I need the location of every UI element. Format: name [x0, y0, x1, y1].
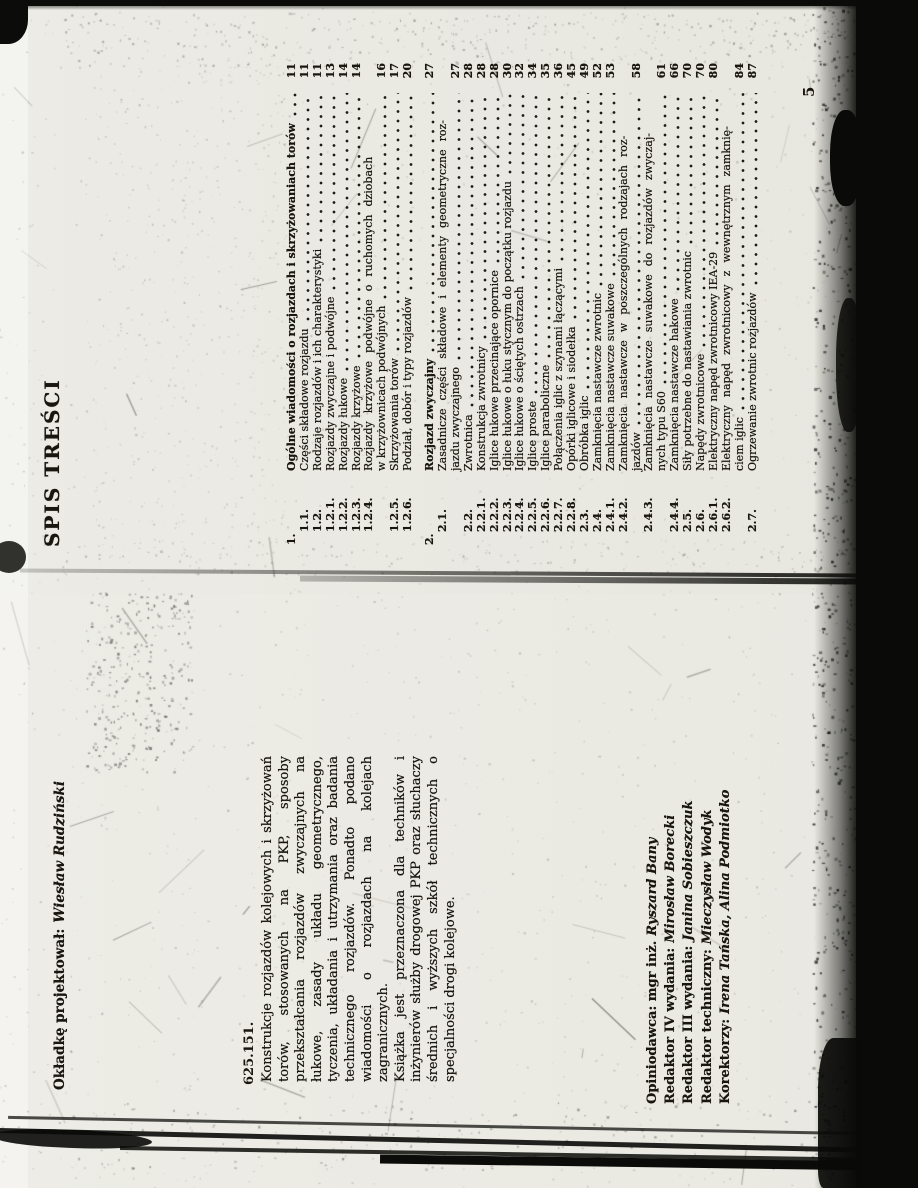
toc-page-ref: 28 — [463, 63, 476, 89]
toc-entry: 2.4.2.Zamknięcia nastawcze w poszczególn… — [618, 63, 631, 545]
dot-leader — [663, 93, 667, 384]
toc-entry-title: Rozjazdy łukowe — [338, 378, 351, 471]
toc-entry-title: Zwrotnica — [463, 414, 476, 471]
toc-page-ref: 58 — [631, 63, 644, 89]
udc-number: 625.151. — [242, 1022, 257, 1085]
dot-leader — [409, 93, 413, 290]
toc-entry-title: Zamknięcia nastawcze suwakowe — [605, 283, 618, 471]
dot-leader — [383, 93, 387, 299]
dot-leader — [689, 93, 693, 244]
toc-entry: 1.2.1.Rozjazdy zwyczajne i podwójne13 — [325, 63, 338, 545]
toc-entry: 2.6.2.Elektryczny napęd zwrotnicowy z we… — [721, 63, 734, 545]
toc-entry-number: 2.5. — [682, 471, 695, 545]
dot-leader — [534, 93, 538, 394]
book-summary: Konstrukcje rozjazdów kolejowych i skrzy… — [260, 756, 459, 1082]
toc-entry: 2.2.7.Połączenia iglic z szynami łączący… — [553, 63, 566, 545]
dot-leader — [508, 93, 512, 174]
dot-leader — [483, 93, 487, 339]
scanned-book-spread: Okładkę projektował:Wiesław Rudziński 62… — [0, 0, 918, 1188]
verso-page: Okładkę projektował:Wiesław Rudziński 62… — [0, 594, 918, 1188]
credit-label: Redaktor IV wydania: — [663, 948, 678, 1104]
toc-entry-title: Zamknięcia nastawcze w poszczególnych ro… — [618, 136, 631, 471]
toc-page-ref: 14 — [338, 63, 351, 89]
dot-leader — [612, 93, 616, 276]
toc-entry: 2.2.1.Konstrukcja zwrotnicy28 — [476, 63, 489, 545]
toc-entry: 1.2.Rodzaje rozjazdów i ich charakteryst… — [312, 63, 325, 545]
toc-entry-title: Elektryczny napęd zwrotnicowy IEA-29 — [708, 252, 721, 471]
dot-leader — [470, 93, 474, 407]
credit-label: Redaktor techniczny: — [700, 949, 715, 1104]
toc-entry: 2.4.1.Zamknięcia nastawcze suwakowe53 — [605, 63, 618, 545]
toc-entry-title: Części składowe rozjazdu — [299, 328, 312, 471]
toc-page: SPIS TREŚCI 1.Ogólne wiadomości o rozjaz… — [0, 0, 918, 594]
dot-leader — [431, 93, 435, 352]
dot-leader — [754, 93, 758, 286]
toc-entry: 1.1.Części składowe rozjazdu11 — [299, 63, 312, 545]
toc-page-ref: 84 — [734, 63, 747, 89]
dot-leader — [457, 93, 461, 360]
toc-page-ref: 11 — [299, 63, 312, 89]
dot-leader — [547, 93, 551, 358]
toc-entry-number: 1.2.4. — [363, 471, 376, 545]
dot-leader — [306, 93, 310, 321]
toc-entry: 2.3.Obróbka iglic49 — [579, 63, 592, 545]
book-page-number: 5 — [800, 87, 818, 97]
toc-page-ref: 27 — [424, 63, 437, 89]
dot-leader — [396, 93, 400, 351]
toc-entry-continuation: ciem iglic84 — [734, 63, 747, 545]
imprint-credits: Opiniodawca: mgr inż.Ryszard BanyRedakto… — [644, 790, 735, 1104]
toc-entry: 2.4.Zamknięcia nastawcze zwrotnic52 — [592, 63, 605, 545]
toc-entry-number: 2.6.1. — [708, 471, 721, 545]
toc-entry-number: 2.2.2. — [489, 471, 502, 545]
credit-line: Redaktor IV wydania:Mirosław Borecki — [662, 790, 680, 1104]
dot-leader — [560, 93, 564, 261]
toc-entry: 2.5.Siły potrzebne do nastawiania zwrotn… — [682, 63, 695, 545]
toc-entry: 2.2.4.Iglice łukowe o ściętych ostrzach3… — [514, 63, 527, 545]
toc-entry-number: 2.2. — [463, 471, 476, 545]
toc-entry-continuation: w krzyżownicach podwójnych16 — [376, 63, 389, 545]
toc-entry: 2.2.2.Iglice łukowe przecinające opornic… — [489, 63, 502, 545]
dot-leader — [676, 93, 680, 291]
toc-page-ref: 28 — [489, 63, 502, 89]
toc-page-ref: 49 — [579, 63, 592, 89]
toc-entry-number: 1.2.2. — [338, 471, 351, 545]
toc-entry: 1.2.2.Rozjazdy łukowe14 — [338, 63, 351, 545]
toc-entry-number: 2.3. — [579, 471, 592, 545]
toc-entry-number: 2.4.1. — [605, 471, 618, 545]
toc-page-ref: 27 — [450, 63, 463, 89]
summary-paragraph-1: Konstrukcje rozjazdów kolejowych i skrzy… — [260, 756, 393, 1082]
toc-entry-title: Elektryczny napęd zwrotnicowy z wewnętrz… — [721, 126, 734, 471]
toc-entry-title: Obróbka iglic — [579, 396, 592, 471]
credit-line: Redaktor techniczny:Mieczysław Wodyk — [699, 790, 717, 1104]
toc-entry-number: 2.7. — [747, 471, 760, 545]
credit-name: Janina Sobieszczuk — [681, 801, 696, 941]
toc-entry-number: 1.2.1. — [325, 471, 338, 545]
toc-entry: 2.2.Zwrotnica28 — [463, 63, 476, 545]
toc-entry-number: 2.1. — [437, 471, 450, 545]
credit-line: Opiniodawca: mgr inż.Ryszard Bany — [644, 790, 662, 1104]
toc-title: SPIS TREŚCI — [40, 378, 64, 547]
dot-leader — [319, 93, 323, 242]
toc-entry-number: 2.4.2. — [618, 471, 631, 545]
credit-label: Redaktor III wydania: — [681, 946, 696, 1104]
credit-line: Redaktor III wydania:Janina Sobieszczuk — [680, 790, 698, 1104]
dot-leader — [599, 93, 603, 286]
toc-page-ref: 14 — [351, 63, 364, 89]
toc-entry-title: Iglice łukowe przecinające opornice — [489, 270, 502, 471]
cover-credit-name: Wiesław Rudziński — [52, 781, 68, 923]
dot-leader — [332, 93, 336, 290]
dot-leader — [357, 93, 361, 359]
toc-page-ref: 53 — [605, 63, 618, 89]
credit-line: Korektorzy:Irena Tańska, Alina Podmiotko — [717, 790, 735, 1104]
dot-leader — [741, 93, 745, 410]
credit-name: Ryszard Bany — [645, 838, 660, 936]
toc-entry: 2.6.1.Elektryczny napęd zwrotnicowy IEA-… — [708, 63, 721, 545]
dot-leader — [637, 93, 641, 425]
dot-leader — [586, 93, 590, 389]
toc-entry: 2.4.3.Zamknięcia nastawcze suwakowe do r… — [643, 63, 656, 545]
toc-entry: 1.2.4.Rozjazdy krzyżowe podwójne o rucho… — [363, 63, 376, 545]
toc-page-ref: 80 — [708, 63, 721, 89]
toc-entry-title: Opórki iglicowe i siodełka — [566, 326, 579, 471]
toc-entry-continuation: jazdu zwyczajnego27 — [450, 63, 463, 545]
toc-entry: 2.1.Zasadnicze części składowe i element… — [437, 63, 450, 545]
dot-leader — [702, 93, 706, 347]
toc-entry-title: Zamknięcia nastawcze zwrotnic — [592, 293, 605, 471]
toc-entry-title: Podział, dobór i typy rozjazdów — [402, 297, 415, 471]
toc-page-ref: 11 — [312, 63, 325, 89]
toc-entry-title: jazdu zwyczajnego — [450, 367, 463, 471]
credit-name: Mieczysław Wodyk — [700, 809, 715, 944]
toc-entry-title: Rodzaje rozjazdów i ich charakterystyki — [312, 249, 325, 471]
toc-entry-number: 2.4. — [592, 471, 605, 545]
credit-name: Irena Tańska, Alina Podmiotko — [718, 790, 733, 1014]
toc-entry-number: 2.2.8. — [566, 471, 579, 545]
toc-entry-title: Rozjazdy zwyczajne i podwójne — [325, 297, 338, 471]
dot-leader — [715, 93, 719, 245]
toc-entry-number: 1.2.6. — [402, 471, 415, 545]
toc-entry: 1.Ogólne wiadomości o rozjazdach i skrzy… — [286, 63, 299, 545]
dot-leader — [496, 93, 500, 263]
page-spread: Okładkę projektował:Wiesław Rudziński 62… — [0, 0, 918, 1188]
toc-entry: 2.7.Ogrzewanie zwrotnic rozjazdów87 — [747, 63, 760, 545]
toc-entry-title: Zasadnicze części składowe i elementy ge… — [437, 120, 450, 471]
summary-paragraph-2: Książka jest przeznaczona dla techników … — [393, 756, 459, 1082]
toc-entry-title: Ogólne wiadomości o rozjazdach i skrzyżo… — [286, 123, 299, 471]
dot-leader — [345, 93, 349, 371]
toc-entry-number: 1.1. — [299, 471, 312, 545]
toc-page-ref: 13 — [325, 63, 338, 89]
dot-leader — [293, 93, 297, 116]
toc-list: 1.Ogólne wiadomości o rozjazdach i skrzy… — [286, 63, 760, 545]
dot-leader — [521, 93, 525, 279]
toc-entry: 2.2.8.Opórki iglicowe i siodełka45 — [566, 63, 579, 545]
toc-page-ref: 20 — [402, 63, 415, 89]
toc-entry-number: 2.4.3. — [643, 471, 656, 545]
toc-entry-title: ciem iglic — [734, 417, 747, 471]
toc-page-ref: 11 — [286, 63, 299, 89]
toc-entry-title: Ogrzewanie zwrotnic rozjazdów — [747, 293, 760, 472]
toc-page-ref: 45 — [566, 63, 579, 89]
toc-page-ref: 87 — [747, 63, 760, 89]
credit-label: Opiniodawca: mgr inż. — [645, 941, 660, 1104]
cover-credit-label: Okładkę projektował: — [52, 929, 68, 1090]
toc-entry-number: 2.4.4. — [669, 471, 682, 545]
cover-credit-line: Okładkę projektował:Wiesław Rudziński — [52, 781, 68, 1090]
toc-entry-number: 2.6.2. — [721, 471, 734, 545]
dot-leader — [573, 93, 577, 319]
toc-page-ref: 52 — [592, 63, 605, 89]
toc-entry: 1.2.6.Podział, dobór i typy rozjazdów20 — [402, 63, 415, 545]
credit-label: Korektorzy: — [718, 1019, 733, 1104]
toc-entry-title: Konstrukcja zwrotnicy — [476, 346, 489, 471]
toc-entry-number: 1. — [286, 471, 299, 545]
toc-page-ref: 28 — [476, 63, 489, 89]
toc-entry-number: 2.2.1. — [476, 471, 489, 545]
toc-entry-number: 1.2. — [312, 471, 325, 545]
toc-entry-number: 2. — [424, 471, 437, 545]
toc-entry: 2.2.5.Iglice proste34 — [527, 63, 540, 545]
credit-name: Mirosław Borecki — [663, 815, 678, 943]
